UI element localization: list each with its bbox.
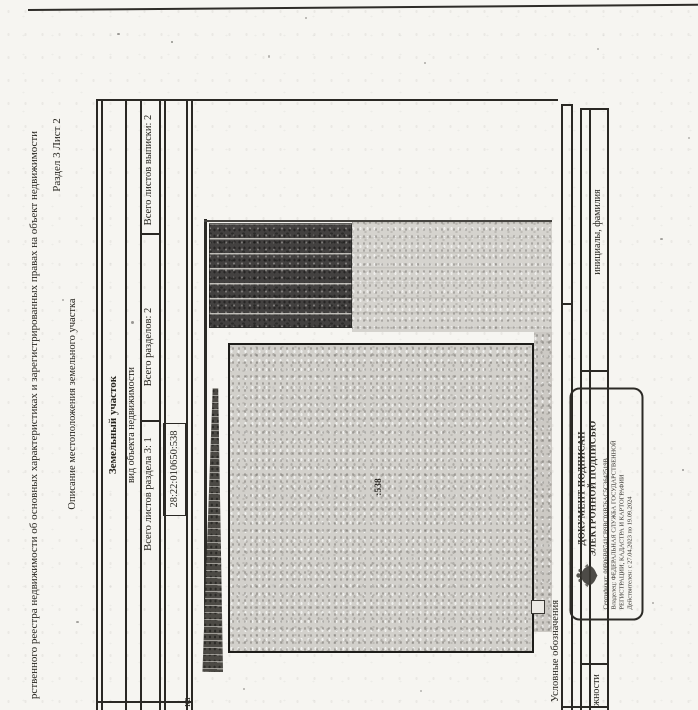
dust-speck [660, 238, 663, 240]
table-border-line [580, 108, 608, 110]
object-kind-caption: вид объекта недвижимости [125, 355, 139, 495]
dust-speck [117, 33, 120, 35]
dust-speck [420, 690, 422, 692]
coat-of-arms-icon [575, 563, 601, 587]
dust-speck [688, 137, 690, 139]
plan-hatched-area [209, 223, 352, 328]
page-title-truncated: рственного реестра недвижимости об основ… [27, 115, 41, 710]
stamp-validity: Действителен: с 27.04.2023 по 19.09.2024 [627, 396, 635, 610]
stamp-title: ДОКУМЕНТ ПОДПИСАН ЭЛЕКТРОННОЙ ПОДПИСЬЮ [577, 421, 599, 557]
table-border-line [101, 99, 103, 710]
plan-background-strip [534, 332, 552, 632]
sheets-in-section: Всего листов раздела 3: 1 [142, 424, 156, 564]
cadastral-number: 28:22:010650:538 [168, 419, 182, 519]
table-border-line [140, 420, 159, 422]
sheets-in-extract: Всего листов выписки: 2 [142, 105, 156, 235]
sections-total: Всего разделов: 2 [142, 282, 156, 412]
dust-speck [243, 688, 245, 690]
dust-speck [131, 321, 134, 324]
dust-speck [62, 299, 64, 301]
section-sheet-label: Раздел 3 Лист 2 [50, 110, 64, 200]
table-border-line [186, 99, 188, 710]
name-caption: инициалы, фамилия [591, 182, 605, 282]
table-border-line [580, 370, 608, 372]
stamp-owner-line1: Владелец: ФЕДЕРАЛЬНАЯ СЛУЖБА ГОСУДАРСТВЕ… [611, 396, 619, 610]
parcel-label: :538 [372, 467, 386, 507]
dust-speck [652, 602, 654, 604]
table-border-line [191, 99, 193, 710]
e-signature-stamp: ДОКУМЕНТ ПОДПИСАН ЭЛЕКТРОННОЙ ПОДПИСЬЮ С… [570, 388, 644, 621]
stamp-owner-line2: РЕГИСТРАЦИИ, КАДАСТРА И КАРТОГРАФИИ [619, 396, 627, 610]
stamp-certificate: Сертификат: 00B06BB741CB9BC03B76AC5C3642… [603, 396, 611, 610]
object-kind-label: Земельный участок [106, 370, 120, 480]
scan-edge-line [28, 4, 698, 12]
dust-speck [305, 17, 307, 19]
stamp-title-line2: ЭЛЕКТРОННОЙ ПОДПИСЬЮ [588, 421, 599, 557]
stamp-details: Сертификат: 00B06BB741CB9BC03B76AC5C3642… [603, 396, 635, 613]
table-border-line [159, 99, 161, 710]
stamp-header: ДОКУМЕНТ ПОДПИСАН ЭЛЕКТРОННОЙ ПОДПИСЬЮ [575, 396, 601, 613]
page-subtitle: Описание местоположения земельного участ… [66, 279, 80, 529]
table-border-line [96, 99, 98, 710]
dust-speck [171, 41, 173, 43]
position-caption-partial: жности [590, 670, 604, 710]
truncated-bottom-text: ка [181, 692, 195, 710]
dust-speck [682, 469, 684, 471]
dust-speck [424, 62, 426, 64]
plan-small-box [531, 600, 545, 614]
scanned-document-page: рственного реестра недвижимости об основ… [0, 0, 698, 710]
table-border-line [580, 663, 608, 665]
dust-speck [597, 48, 599, 50]
stamp-title-line1: ДОКУМЕНТ ПОДПИСАН [577, 421, 588, 557]
dust-speck [268, 55, 270, 58]
plan-background-area [352, 222, 552, 332]
table-border-line [561, 104, 563, 710]
dust-speck [76, 621, 79, 623]
table-border-line [96, 701, 191, 703]
table-border-line [164, 99, 166, 710]
table-border-line [561, 303, 572, 305]
